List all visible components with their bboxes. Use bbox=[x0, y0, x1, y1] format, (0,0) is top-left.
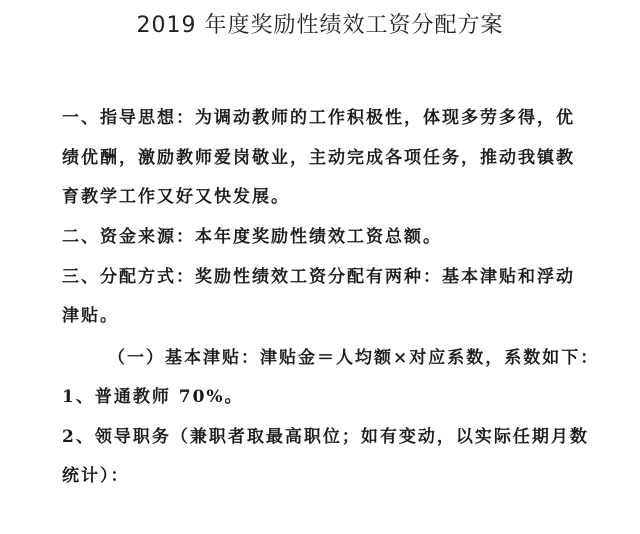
paragraph-line: 二、资金来源：本年度奖励性绩效工资总额。 bbox=[62, 222, 442, 247]
paragraph-line: 三、分配方式：奖励性绩效工资分配有两种：基本津贴和浮动 bbox=[62, 262, 575, 287]
paragraph-line: 2、领导职务（兼职者取最高职位；如有变动，以实际任期月数 bbox=[62, 422, 589, 447]
paragraph-line: 绩优酬，激励教师爱岗敬业，主动完成各项任务，推动我镇教 bbox=[62, 143, 575, 168]
paragraph-line: 一、指导思想：为调动教师的工作积极性，体现多劳多得，优 bbox=[62, 103, 575, 128]
paragraph-line: 津贴。 bbox=[62, 301, 119, 326]
paragraph-line: 育教学工作又好又快发展。 bbox=[62, 182, 290, 207]
paragraph-line: （一）基本津贴：津贴金＝人均额×对应系数，系数如下： bbox=[108, 343, 599, 368]
paragraph-line: 1、普通教师 70%。 bbox=[62, 382, 244, 407]
document-title: 2019 年度奖励性绩效工资分配方案 bbox=[0, 8, 640, 39]
paragraph-line: 统计）： bbox=[62, 461, 130, 486]
